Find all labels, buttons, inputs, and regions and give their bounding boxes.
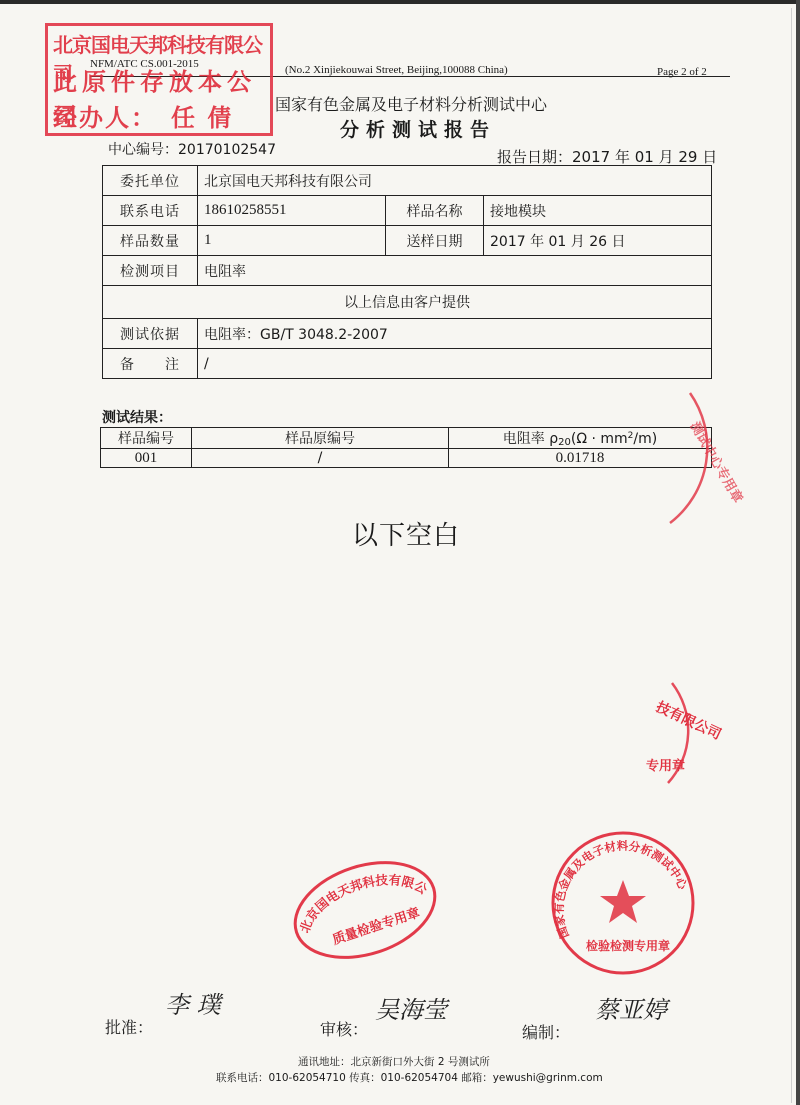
report-title: 分析测试报告 — [340, 115, 496, 142]
table-row: 样品数量 1 送样日期 2017 年 01 月 26 日 — [103, 226, 712, 256]
remark-value: / — [198, 349, 712, 379]
client-provided-note: 以上信息由客户提供 — [103, 286, 712, 319]
table-row: 以上信息由客户提供 — [103, 286, 712, 319]
seam-stamp-2-bottom: 专用章 — [646, 758, 685, 774]
company-oval-stamp: 北京国电天邦科技有限公司 质量检验专用章 — [285, 855, 445, 965]
basis-label: 测试依据 — [103, 319, 198, 349]
results-header-row: 样品编号 样品原编号 电阻率 ρ20(Ω · mm2/m) — [101, 428, 712, 449]
phone-value: 18610258551 — [198, 196, 386, 226]
table-row: 001 / 0.01718 — [101, 449, 712, 468]
col-sample-no: 样品编号 — [101, 428, 192, 449]
results-title: 测试结果： — [102, 407, 172, 427]
compile-signature: 蔡亚婷 — [595, 990, 667, 1025]
test-item-value: 电阻率 — [198, 256, 712, 286]
original-no-cell: / — [192, 449, 449, 468]
center-round-bottom-text: 检验检测专用章 — [586, 938, 670, 953]
compile-label: 编制： — [522, 1020, 570, 1043]
resistivity-subscript: 20 — [558, 437, 571, 448]
seam-stamp-arc-2: 技有限公司 专用章 — [640, 675, 740, 790]
resistivity-symbol: 电阻率 ρ — [503, 431, 558, 447]
quantity-label: 样品数量 — [103, 226, 198, 256]
copy-stamp-line3: 经办人： 任 倩 — [53, 98, 233, 133]
sample-name-label: 样品名称 — [386, 196, 484, 226]
scan-edge-top — [0, 0, 800, 4]
phone-label: 联系电话 — [103, 196, 198, 226]
client-value: 北京国电天邦科技有限公司 — [198, 166, 712, 196]
approve-label: 批准： — [105, 1015, 153, 1038]
table-row: 检测项目 电阻率 — [103, 256, 712, 286]
organization-name: 国家有色金属及电子材料分析测试中心 — [275, 92, 547, 115]
company-oval-top-text: 北京国电天邦科技有限公司 — [262, 825, 434, 944]
footer-address: 通讯地址：北京新街口外大街 2 号测试所 — [298, 1054, 490, 1069]
quantity-value: 1 — [198, 226, 386, 256]
svg-text:北京国电天邦科技有限公司: 北京国电天邦科技有限公司 — [262, 825, 434, 944]
basis-value: 电阻率：GB/T 3048.2-2007 — [198, 319, 712, 349]
center-number: 中心编号：20170102547 — [108, 139, 276, 159]
report-date: 报告日期：2017 年 01 月 29 日 — [497, 146, 717, 167]
client-label: 委托单位 — [103, 166, 198, 196]
review-label: 审核： — [320, 1017, 368, 1040]
resistivity-unit: (Ω · mm — [571, 431, 628, 447]
english-address: (No.2 Xinjiekouwai Street, Beijing,10008… — [285, 64, 508, 76]
scan-edge-right — [796, 0, 800, 1105]
table-row: 联系电话 18610258551 样品名称 接地模块 — [103, 196, 712, 226]
sample-no-cell: 001 — [101, 449, 192, 468]
review-signature: 吴海莹 — [375, 990, 447, 1025]
test-item-label: 检测项目 — [103, 256, 198, 286]
client-info-table: 委托单位 北京国电天邦科技有限公司 联系电话 18610258551 样品名称 … — [102, 165, 712, 379]
table-row: 测试依据 电阻率：GB/T 3048.2-2007 — [103, 319, 712, 349]
seam-stamp-arc-1: 测试中心专用章 — [640, 385, 760, 530]
center-round-stamp: 国家有色金属及电子材料分析测试中心 检验检测专用章 — [548, 828, 698, 978]
star-icon — [600, 880, 646, 923]
remark-label: 备 注 — [103, 349, 198, 379]
blank-below-note: 以下空白 — [352, 515, 460, 552]
copy-stamp: 北京国电天邦科技有限公司 此原件存放本公司 经办人： 任 倩 — [45, 23, 273, 136]
approve-signature: 李 璞 — [165, 985, 221, 1020]
table-row: 委托单位 北京国电天邦科技有限公司 — [103, 166, 712, 196]
scan-edge-line — [791, 8, 792, 1103]
results-table: 样品编号 样品原编号 电阻率 ρ20(Ω · mm2/m) 001 / 0.01… — [100, 427, 712, 468]
delivery-date-value: 2017 年 01 月 26 日 — [484, 226, 712, 256]
footer-contact: 联系电话：010-62054710 传真：010-62054704 邮箱：yew… — [216, 1070, 603, 1085]
col-original-no: 样品原编号 — [192, 428, 449, 449]
sample-name-value: 接地模块 — [484, 196, 712, 226]
delivery-date-label: 送样日期 — [386, 226, 484, 256]
table-row: 备 注 / — [103, 349, 712, 379]
company-oval-bottom-text: 质量检验专用章 — [330, 905, 422, 948]
